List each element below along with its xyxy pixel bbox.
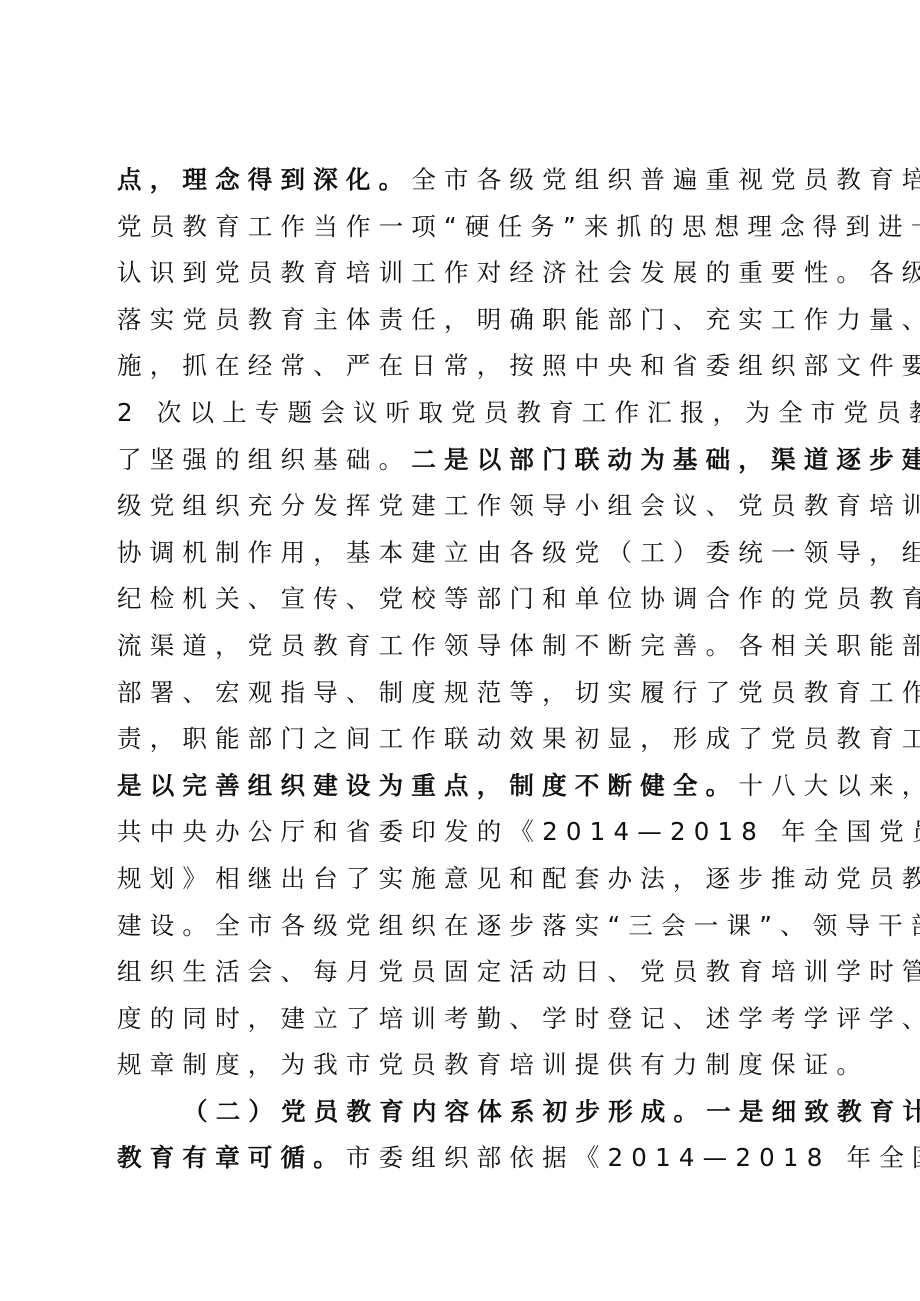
paragraph-end-line: 规章制度，为我市党员教育培训提供有力制度保证。 [117, 1042, 817, 1089]
text-line: 规划》相继出台了实施意见和配套办法，逐步推动党员教育制度体系 [117, 856, 817, 903]
text-line: 是以完善组织建设为重点，制度不断健全。十八大以来，我市依据中 [117, 763, 817, 810]
text-segment: 度的同时，建立了培训考勤、学时登记、述学考学评学、经费保障等 [117, 1004, 920, 1033]
text-segment: 十八大以来，我市依据中 [738, 771, 920, 800]
text-segment: 级党组织充分发挥党建工作领导小组会议、党员教育培训联席会议等 [117, 491, 920, 520]
text-line: 点，理念得到深化。全市各级党组织普遍重视党员教育培训工作，把 [117, 157, 817, 204]
text-segment: 责，职能部门之间工作联动效果初显，形成了党员教育工作合力。 [117, 724, 920, 753]
text-segment: 建设。全市各级党组织在逐步落实“三会一课”、领导干部上党课、 [117, 911, 920, 940]
text-line: 纪检机关、宣传、党校等部门和单位协调合作的党员教育工作沟通交 [117, 576, 817, 623]
text-segment: 协调机制作用，基本建立由各级党（工）委统一领导，组织部门牵头, [117, 538, 920, 567]
section-heading-line: （二）党员教育内容体系初步形成。一是细致教育计划，党员 [117, 1089, 817, 1136]
bold-heading-segment: 是以完善组织建设为重点，制度不断健全。 [117, 771, 738, 800]
bold-heading-segment: 点，理念得到深化。 [117, 165, 411, 194]
text-line: 共中央办公厅和省委印发的《2014—2018 年全国党员教育培训工作 [117, 809, 817, 856]
section-heading: （二）党员教育内容体系初步形成。一是细致教育计划，党员 [183, 1097, 920, 1126]
text-segment: 部署、宏观指导、制度规范等，切实履行了党员教育工作协调配合职 [117, 678, 920, 707]
text-line: 度的同时，建立了培训考勤、学时登记、述学考学评学、经费保障等 [117, 996, 817, 1043]
document-body: 点，理念得到深化。全市各级党组织普遍重视党员教育培训工作，把 党员教育工作当作一… [117, 157, 817, 1182]
text-line: 了坚强的组织基础。二是以部门联动为基础，渠道逐步建立。全市各 [117, 437, 817, 484]
text-line: 流渠道，党员教育工作领导体制不断完善。各相关职能部门围绕规划 [117, 623, 817, 670]
bold-heading-segment: 教育有章可循。 [117, 1143, 346, 1172]
text-segment: 组织生活会、每月党员固定活动日、党员教育培训学时管理等基本制 [117, 957, 920, 986]
bold-heading-segment: 二是以部门联动为基础，渠道逐步建立。 [411, 445, 920, 474]
text-line: 落实党员教育主体责任，明确职能部门、充实工作力量、逗硬奖惩措 [117, 297, 817, 344]
text-line: 施，抓在经常、严在日常，按照中央和省委组织部文件要求每年召开 [117, 343, 817, 390]
text-line: 2 次以上专题会议听取党员教育工作汇报，为全市党员教育工作奠定 [117, 390, 817, 437]
text-line: 部署、宏观指导、制度规范等，切实履行了党员教育工作协调配合职 [117, 670, 817, 717]
text-line: 组织生活会、每月党员固定活动日、党员教育培训学时管理等基本制 [117, 949, 817, 996]
text-line: 教育有章可循。市委组织部依据《2014—2018 年全国党员教育培训 [117, 1135, 817, 1182]
text-line: 建设。全市各级党组织在逐步落实“三会一课”、领导干部上党课、 [117, 903, 817, 950]
text-line: 协调机制作用，基本建立由各级党（工）委统一领导，组织部门牵头, [117, 530, 817, 577]
text-segment: 施，抓在经常、严在日常，按照中央和省委组织部文件要求每年召开 [117, 351, 920, 380]
text-line: 党员教育工作当作一项“硬任务”来抓的思想理念得到进一步深化， [117, 204, 817, 251]
text-segment: 了坚强的组织基础。 [117, 445, 411, 474]
text-segment: 规划》相继出台了实施意见和配套办法，逐步推动党员教育制度体系 [117, 864, 920, 893]
text-segment: 流渠道，党员教育工作领导体制不断完善。各相关职能部门围绕规划 [117, 631, 920, 660]
text-segment: 市委组织部依据《2014—2018 年全国党员教育培训 [346, 1143, 920, 1172]
text-segment: 共中央办公厅和省委印发的《2014—2018 年全国党员教育培训工作 [117, 817, 920, 846]
text-segment: 党员教育工作当作一项“硬任务”来抓的思想理念得到进一步深化， [117, 212, 920, 241]
document-page: 点，理念得到深化。全市各级党组织普遍重视党员教育培训工作，把 党员教育工作当作一… [0, 0, 920, 1301]
text-segment: 规章制度，为我市党员教育培训提供有力制度保证。 [117, 1050, 869, 1079]
text-line: 级党组织充分发挥党建工作领导小组会议、党员教育培训联席会议等 [117, 483, 817, 530]
text-line: 认识到党员教育培训工作对经济社会发展的重要性。各级党组织认真 [117, 250, 817, 297]
text-segment: 落实党员教育主体责任，明确职能部门、充实工作力量、逗硬奖惩措 [117, 305, 920, 334]
text-segment: 全市各级党组织普遍重视党员教育培训工作，把 [411, 165, 920, 194]
text-line: 责，职能部门之间工作联动效果初显，形成了党员教育工作合力。三 [117, 716, 817, 763]
text-segment: 2 次以上专题会议听取党员教育工作汇报，为全市党员教育工作奠定 [117, 398, 920, 427]
text-segment: 认识到党员教育培训工作对经济社会发展的重要性。各级党组织认真 [117, 258, 920, 287]
text-segment: 纪检机关、宣传、党校等部门和单位协调合作的党员教育工作沟通交 [117, 584, 920, 613]
